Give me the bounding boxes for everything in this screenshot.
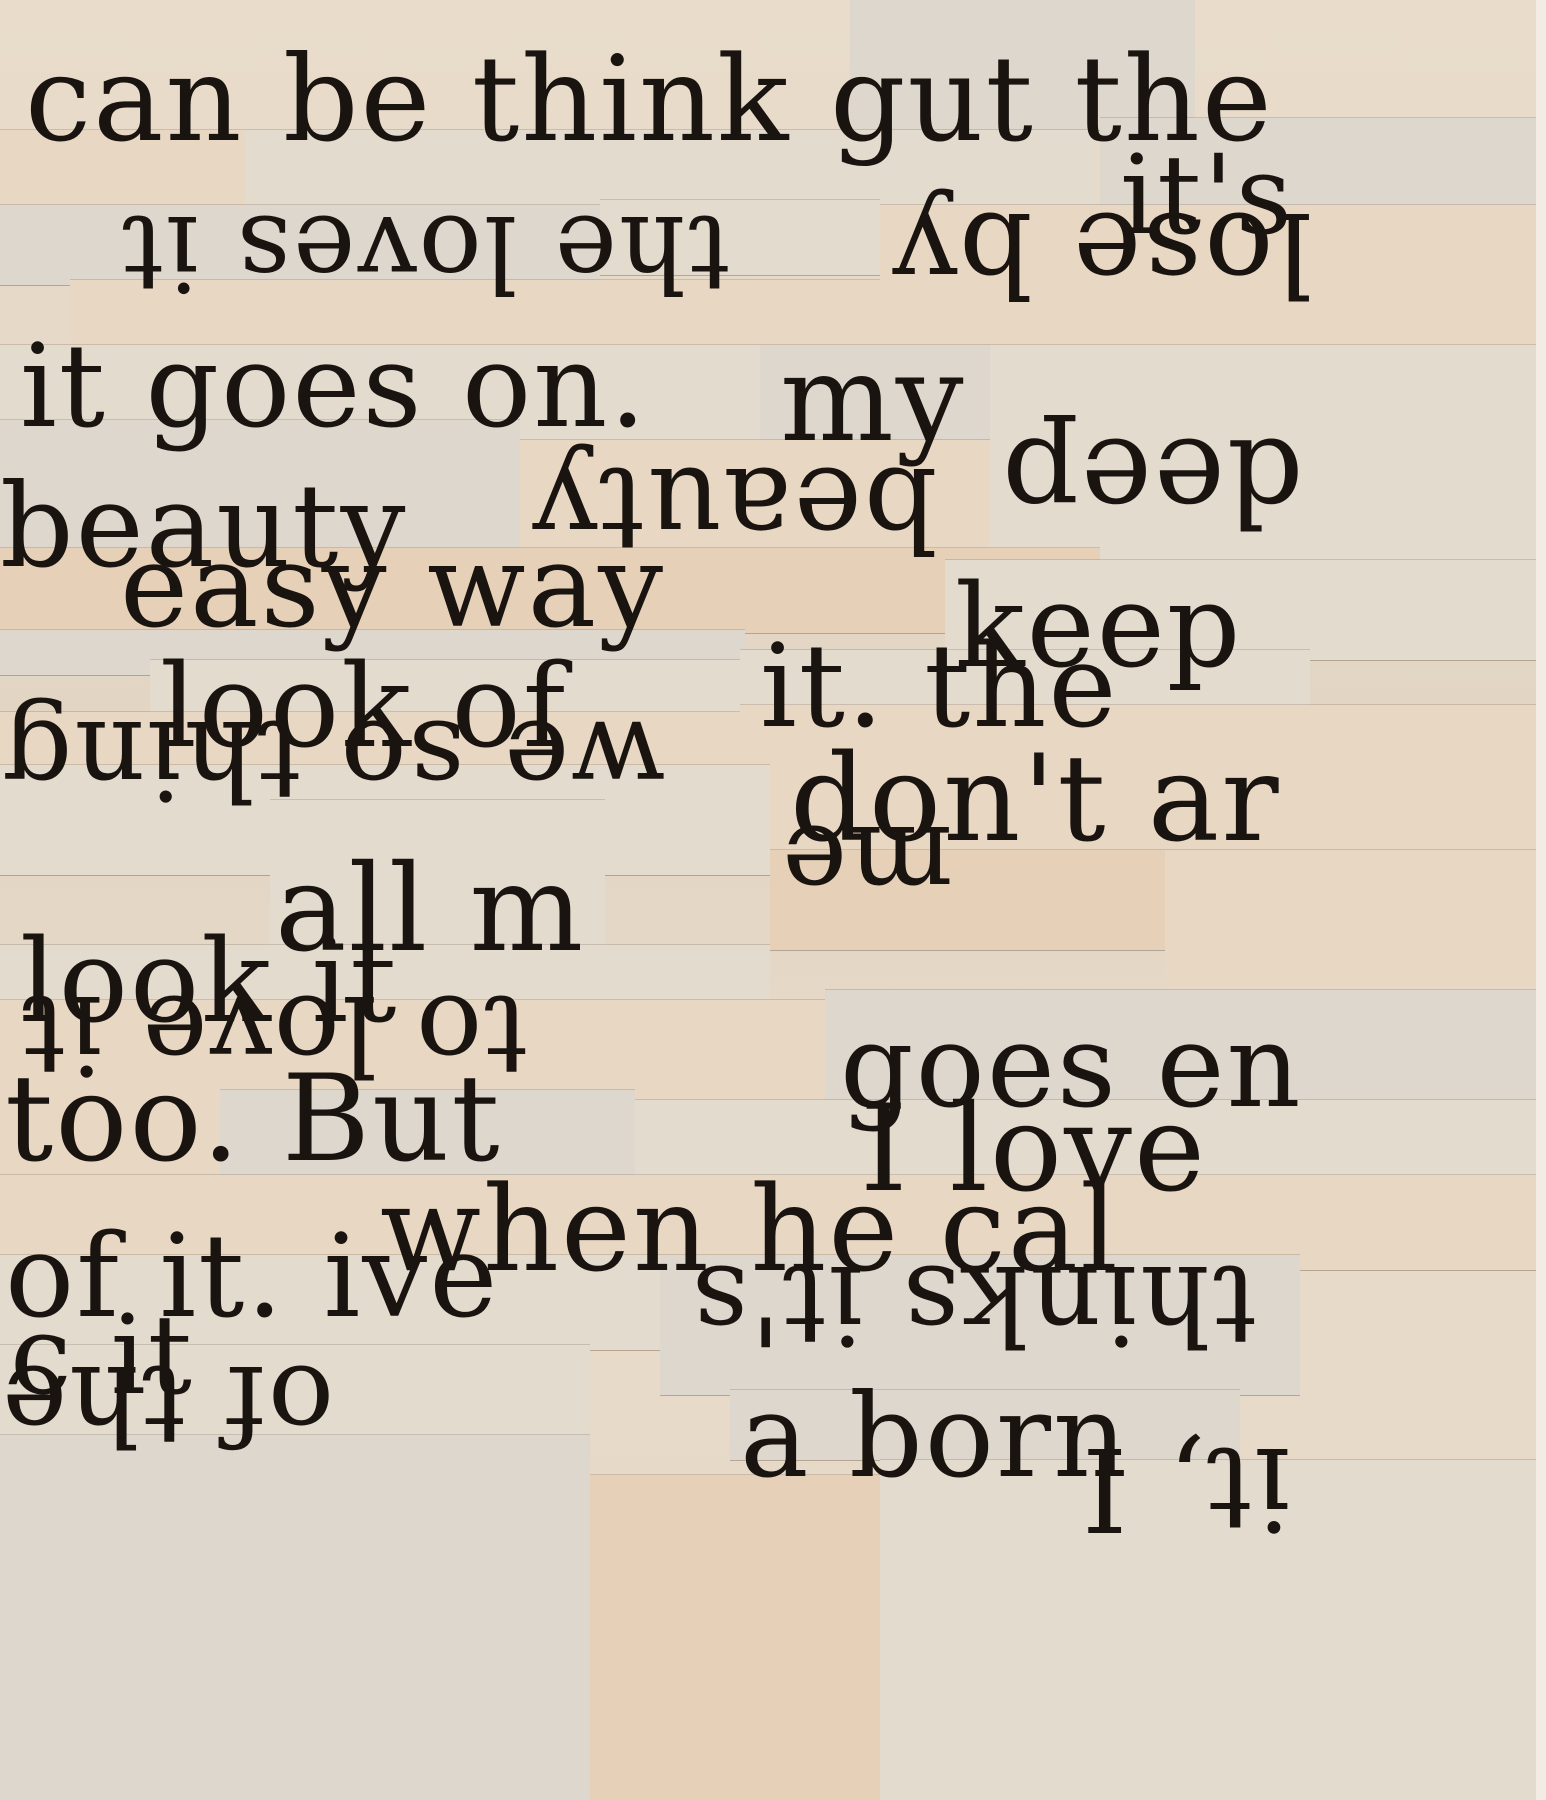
text-fragment: it. the (760, 630, 1118, 745)
text-fragment: me (780, 810, 953, 920)
text-fragment: deep (1000, 420, 1304, 540)
text-fragment: we so thing (0, 705, 665, 815)
text-fragment: it, I (1080, 1430, 1292, 1545)
text-fragment: can be think gut the (25, 40, 1274, 158)
text-fragment: easy way (120, 530, 665, 645)
text-fragment: the loves it (120, 200, 731, 305)
text-fragment: thinks it's (690, 1250, 1257, 1360)
text-fragment: a born (740, 1380, 1129, 1495)
paper-strip (0, 1435, 590, 1800)
paper-edge (1536, 0, 1546, 1800)
text-fragment: it goes on. (20, 330, 648, 445)
text-fragment: of the (0, 1350, 334, 1460)
paper-strip (1165, 850, 1540, 1010)
text-fragment: lose by (890, 195, 1312, 310)
paper-strip (590, 1475, 880, 1800)
paper-collage-artwork: can be think gut the it's the loves it l… (0, 0, 1546, 1800)
